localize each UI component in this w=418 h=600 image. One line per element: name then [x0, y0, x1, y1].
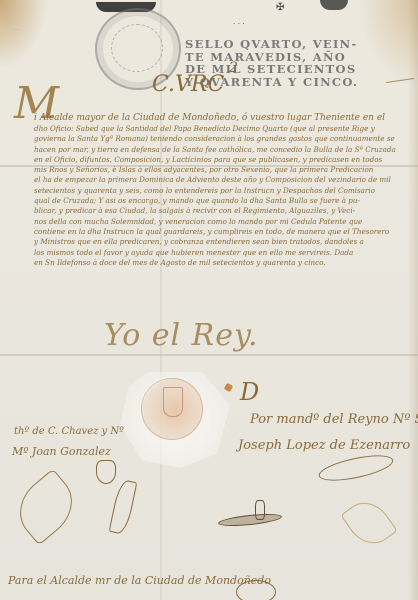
rubric-mark — [109, 479, 138, 536]
body-line: los mismos todo el favor y ayuda que hub… — [34, 248, 412, 258]
signature-flourish — [317, 450, 395, 485]
stamp-line: SELLO QVARTO, VEIN- — [185, 38, 385, 51]
body-line: setecientos y quarenta y seis, como lo e… — [34, 186, 412, 196]
document-page: ✠ ... ... SELLO QVARTO, VEIN- TE MARAVED… — [0, 0, 418, 600]
wax-fragment — [224, 383, 234, 393]
body-line: contiene en la dha Instrucn la qual guar… — [34, 227, 412, 237]
secretary-signature: Joseph Lopez de Ezenarro — [238, 438, 410, 453]
royal-signature: Yo el Rey. — [104, 318, 259, 353]
rubric-mark — [340, 493, 398, 552]
handwritten-mark: C.VRC — [152, 72, 224, 97]
address-flourish — [236, 580, 276, 600]
body-line: en el Oficio, difuntos, Composicion, y L… — [34, 155, 412, 165]
coat-of-arms-icon — [163, 387, 183, 417]
body-line: en Sn Ildefonso à doce del mes de Agosto… — [34, 258, 412, 268]
countersign-signature: Mº Joan Gonzalez — [12, 445, 111, 458]
body-line: govierna la Santa Ygª Romana) teniendo c… — [34, 134, 412, 144]
body-line: mis Rnos y Señorios, è Islas à ellos ady… — [34, 165, 412, 175]
body-line: nos della con mucha Solemnidad, y venera… — [34, 217, 412, 227]
countersign-line-1: thº de C. Chavez y Nº — [14, 426, 124, 437]
body-line: hacen por mar, y tierra en defensa de la… — [34, 145, 412, 155]
secretary-line-1: Por mandº del Reyno Nº Sr. — [250, 412, 418, 427]
body-line: i Alcalde mayor de la Ciudad de Mondoñed… — [34, 112, 412, 124]
body-line: qual de Cruzada; Y asi os encargo, y man… — [34, 196, 412, 206]
rubric-mark — [218, 512, 283, 529]
page-edge-shadow — [408, 0, 418, 600]
handwritten-numeral: 2 — [229, 60, 238, 76]
flourish-initial: D — [240, 378, 259, 406]
binding-mark — [320, 0, 348, 10]
rubric-mark — [96, 460, 116, 484]
body-line: blicar, y predicar à esa Ciudad, la salg… — [34, 206, 412, 216]
rubric-mark — [255, 500, 265, 520]
fold-line — [0, 354, 418, 356]
decree-body: i Alcalde mayor de la Ciudad de Mondoñed… — [34, 112, 412, 268]
rubric-mark — [7, 469, 85, 546]
body-line: y Ministros que en ella predicaren, y co… — [34, 237, 412, 247]
cross-icon: ✠ — [276, 2, 284, 13]
seal-center — [111, 24, 163, 72]
body-line: dho Oficio: Sabed que la Santidad del Pa… — [34, 124, 412, 134]
stamp-top-line: ... — [232, 18, 246, 26]
address-line: Para el Alcalde mr de la Ciudad de Mondo… — [8, 574, 271, 587]
body-line: el ha de empezar la primera Dominica de … — [34, 175, 412, 185]
corner-note: ... — [14, 25, 20, 32]
